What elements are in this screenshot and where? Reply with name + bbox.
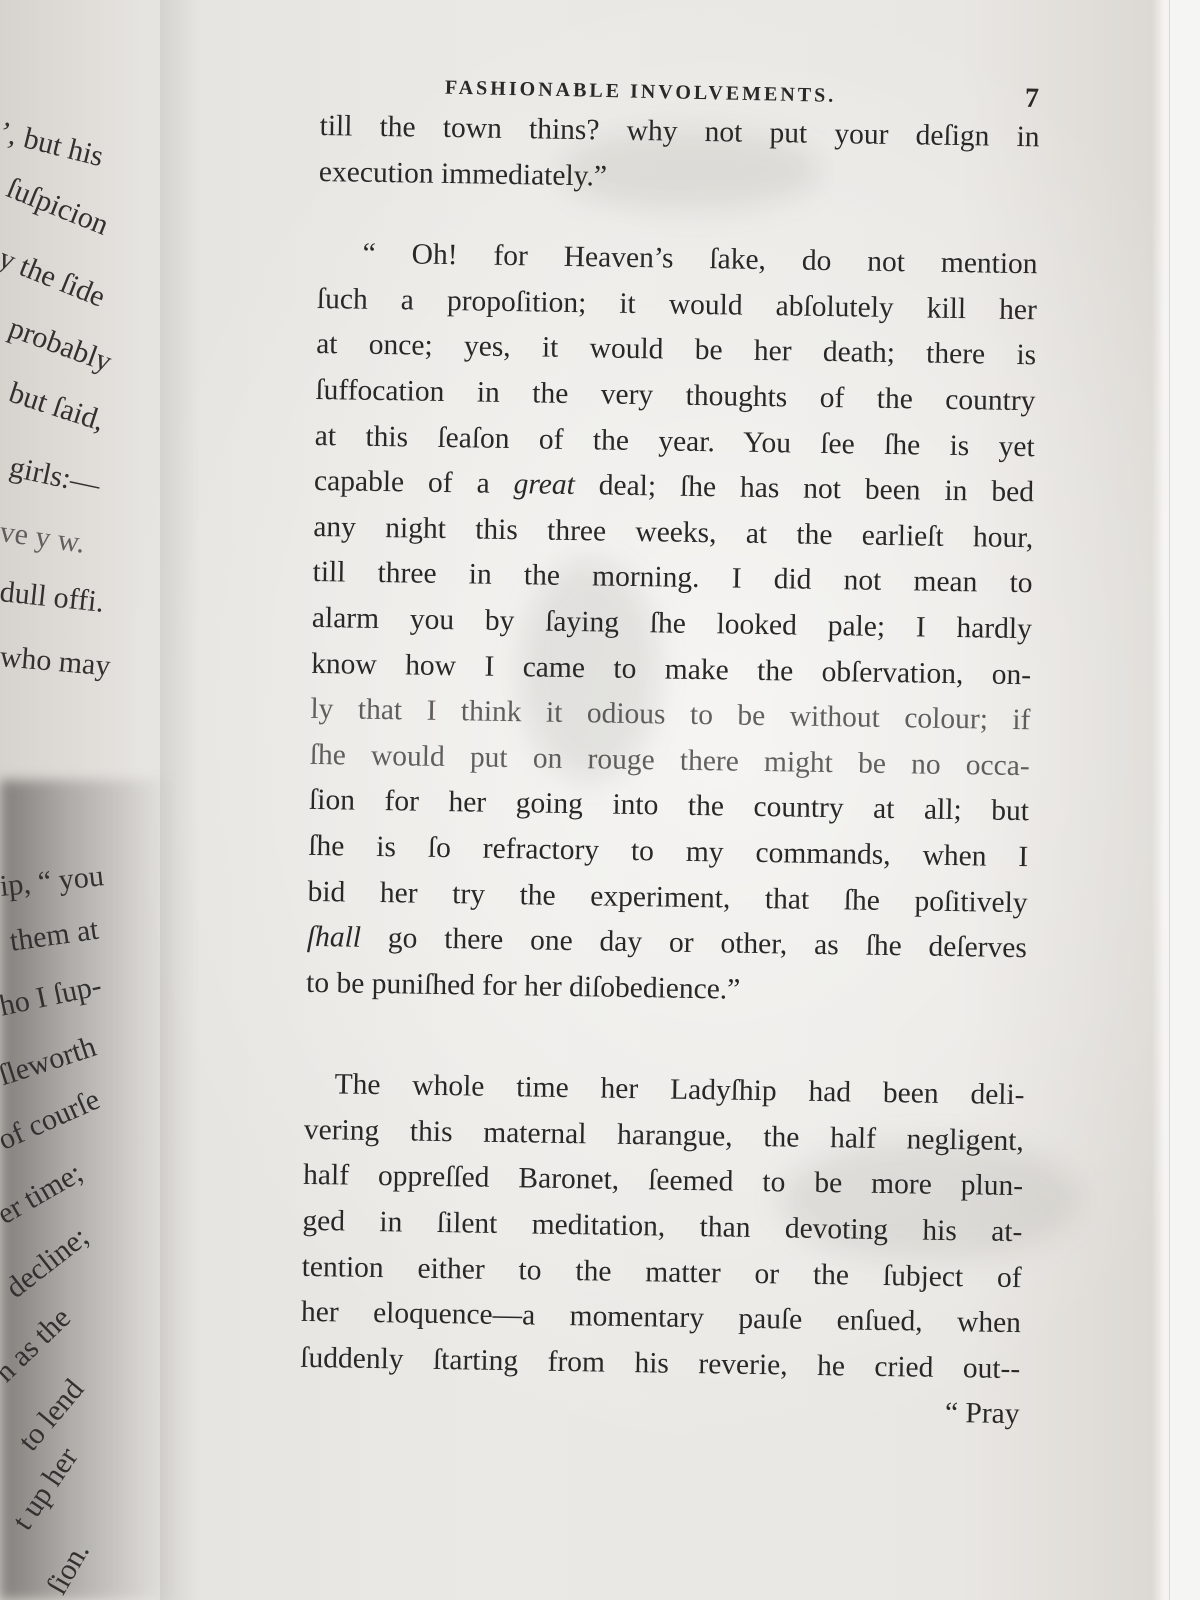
book-gutter [160, 0, 200, 1600]
page-number: 7 [1025, 83, 1040, 115]
paragraph: The whole time her Ladyſhip had been del… [300, 1062, 1065, 1393]
italic-emphasis: great [513, 468, 575, 501]
left-page: ’, but his ſuſpicion y the ſide probably… [0, 0, 175, 1600]
paragraph: till the town thins? why not put your de… [319, 104, 1080, 207]
left-page-fragment: dull offi. [0, 575, 106, 620]
paragraph: “ Oh! for Heaven’s ſake, do not mention … [306, 231, 1078, 1018]
right-page: FASHIONABLE INVOLVEMENTS. 7 till the tow… [320, 70, 1080, 1427]
page-edge [1169, 0, 1200, 1600]
left-page-fragment: ve y w. [0, 515, 87, 561]
left-page-fragment: ’, but his [0, 116, 107, 175]
left-page-fragment: ſuſpicion [2, 171, 114, 242]
left-page-fragment: who may [0, 640, 112, 684]
running-head-title: FASHIONABLE INVOLVEMENTS. [445, 77, 837, 108]
left-page-fragment: y the ſide [0, 241, 110, 314]
left-page-fragment: but ſaid, [5, 376, 109, 439]
page-body: till the town thins? why not put your de… [299, 104, 1080, 1439]
italic-emphasis: ſhall [307, 921, 362, 954]
left-page-fragment: probably [4, 311, 116, 379]
left-page-fragment: girls:— [6, 450, 103, 502]
